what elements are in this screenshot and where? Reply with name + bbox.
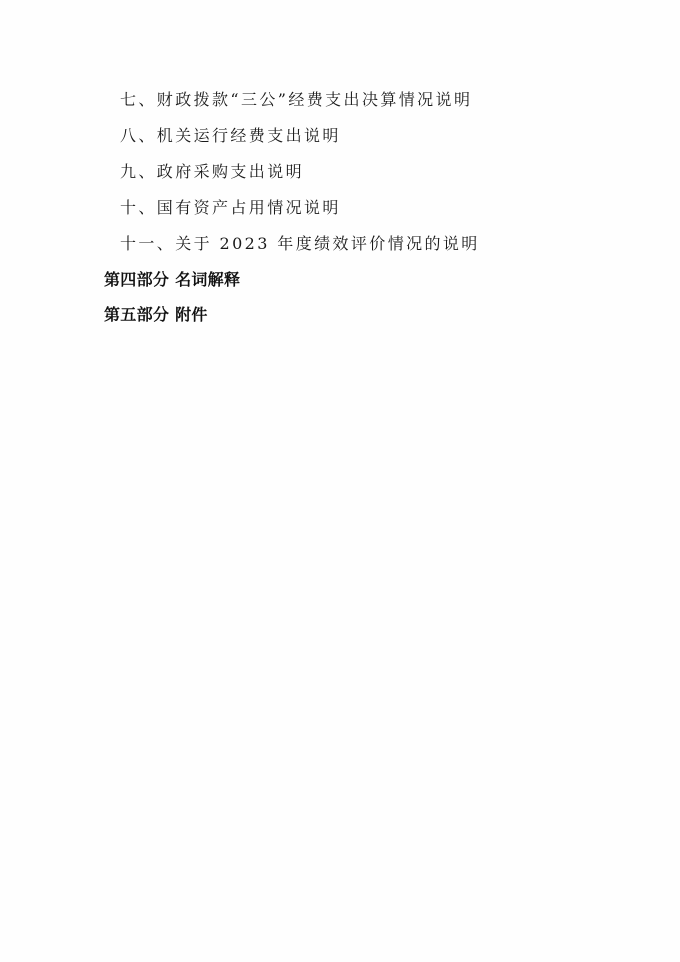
- toc-item-11: 十一、关于 2023 年度绩效评价情况的说明: [120, 234, 480, 254]
- toc-part-5: 第五部分 附件: [104, 305, 208, 325]
- document-page: 七、财政拨款“三公”经费支出决算情况说明 八、机关运行经费支出说明 九、政府采购…: [0, 0, 680, 962]
- toc-item-7: 七、财政拨款“三公”经费支出决算情况说明: [120, 90, 472, 110]
- toc-item-8: 八、机关运行经费支出说明: [120, 126, 341, 146]
- toc-part-4: 第四部分 名词解释: [104, 270, 240, 290]
- toc-item-9: 九、政府采购支出说明: [120, 162, 304, 182]
- toc-item-10: 十、国有资产占用情况说明: [120, 198, 341, 218]
